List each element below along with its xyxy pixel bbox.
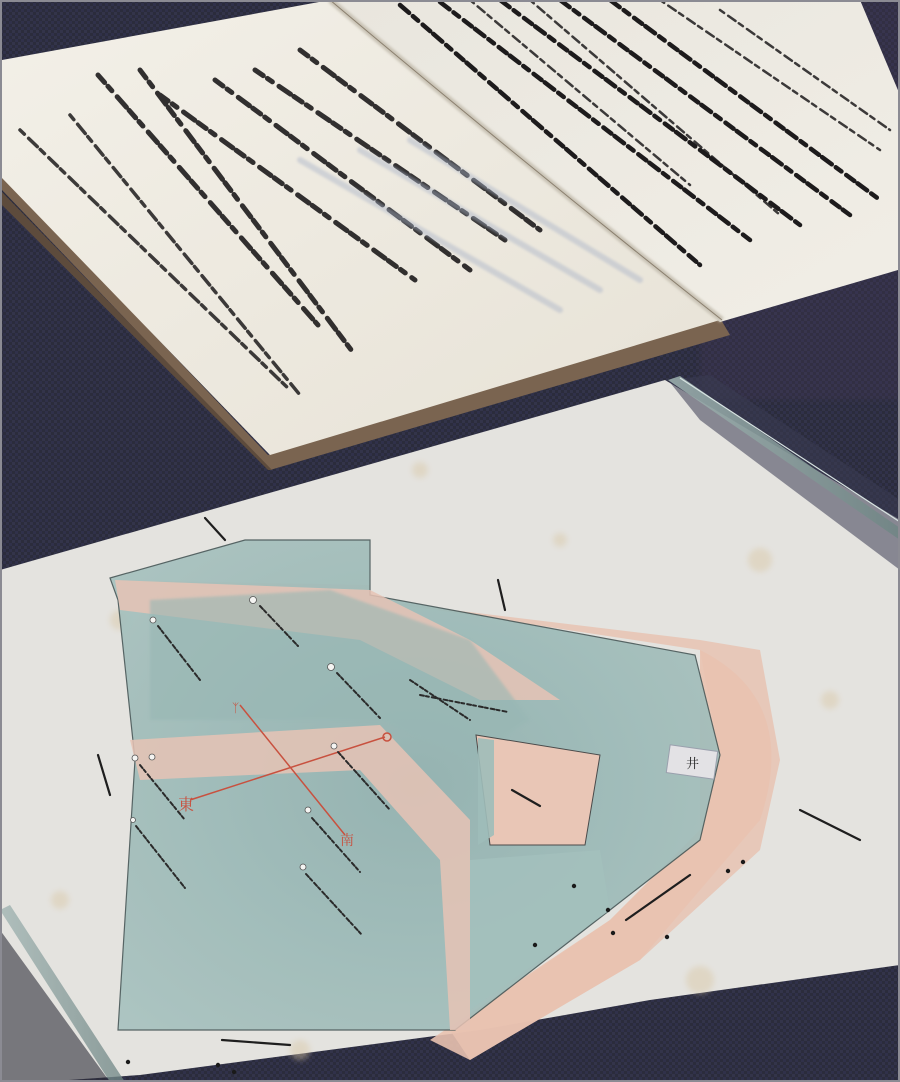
well-marker-label: 井 — [686, 756, 699, 772]
photo-canvas: 井 ᛉ 東 南 — [0, 0, 900, 1082]
map-central-plot — [476, 735, 600, 845]
compass-east-label: 東 — [178, 795, 194, 814]
photo-scene: 井 ᛉ 東 南 — [0, 0, 900, 1082]
compass-south-label: 南 — [340, 832, 354, 849]
well-marker: 井 — [666, 745, 717, 779]
compass-north-mark: ᛉ — [232, 701, 239, 715]
